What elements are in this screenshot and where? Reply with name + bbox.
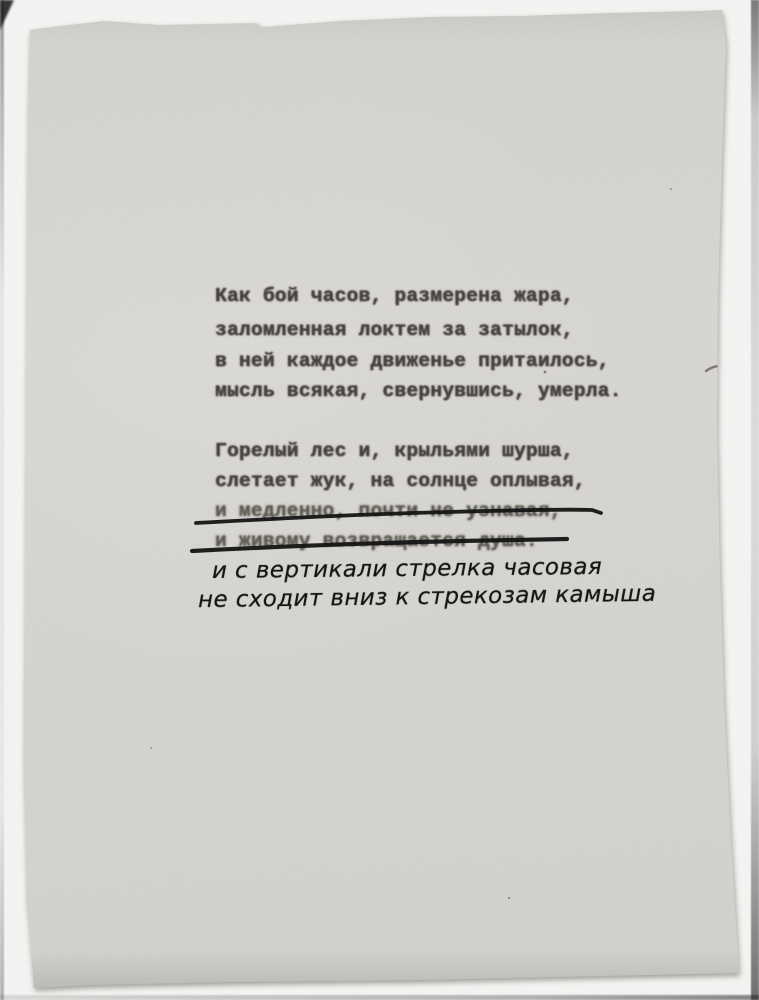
paper-speck: [544, 371, 547, 374]
handwritten-line: и с вертикали стрелка часовая: [212, 555, 602, 584]
pen-strikethrough-strokes: [0, 0, 759, 1000]
scan-edge-artifact: [0, 0, 4, 1000]
paper-speck: [670, 188, 672, 190]
strikethrough-stroke: [192, 539, 567, 551]
poem-line: заломленная локтем за затылок,: [215, 320, 574, 342]
paper-tear-mark: [706, 366, 737, 371]
paper-speck: [508, 897, 510, 899]
poem-line: в ней каждое движенье притаилось,: [215, 351, 610, 373]
handwritten-line: не сходит вниз к стрекозам камыша: [198, 582, 657, 614]
poem-line: мысль всякая, свернувшись, умерла.: [215, 381, 622, 403]
strikethrough-stroke: [196, 510, 601, 523]
poem-line: Как бой часов, размерена жара,: [215, 286, 574, 308]
scanned-page: Как бой часов, размерена жара, заломленн…: [0, 0, 759, 1000]
struck-line: и живому возвращается душа.: [215, 531, 538, 553]
paper-shadow-wrap: Как бой часов, размерена жара, заломленн…: [0, 0, 759, 1000]
poem-line: Горелый лес и, крыльями шурша,: [215, 441, 574, 463]
scan-edge-artifact: [751, 0, 759, 1000]
struck-line: и медленно, почти не узнавая,: [215, 501, 562, 523]
paper-sheet: Как бой часов, размерена жара, заломленн…: [0, 0, 759, 1000]
poem-line: слетает жук, на солнце оплывая,: [215, 471, 586, 493]
paper-speck: [150, 747, 152, 749]
scan-edge-artifact: [0, 995, 759, 1000]
